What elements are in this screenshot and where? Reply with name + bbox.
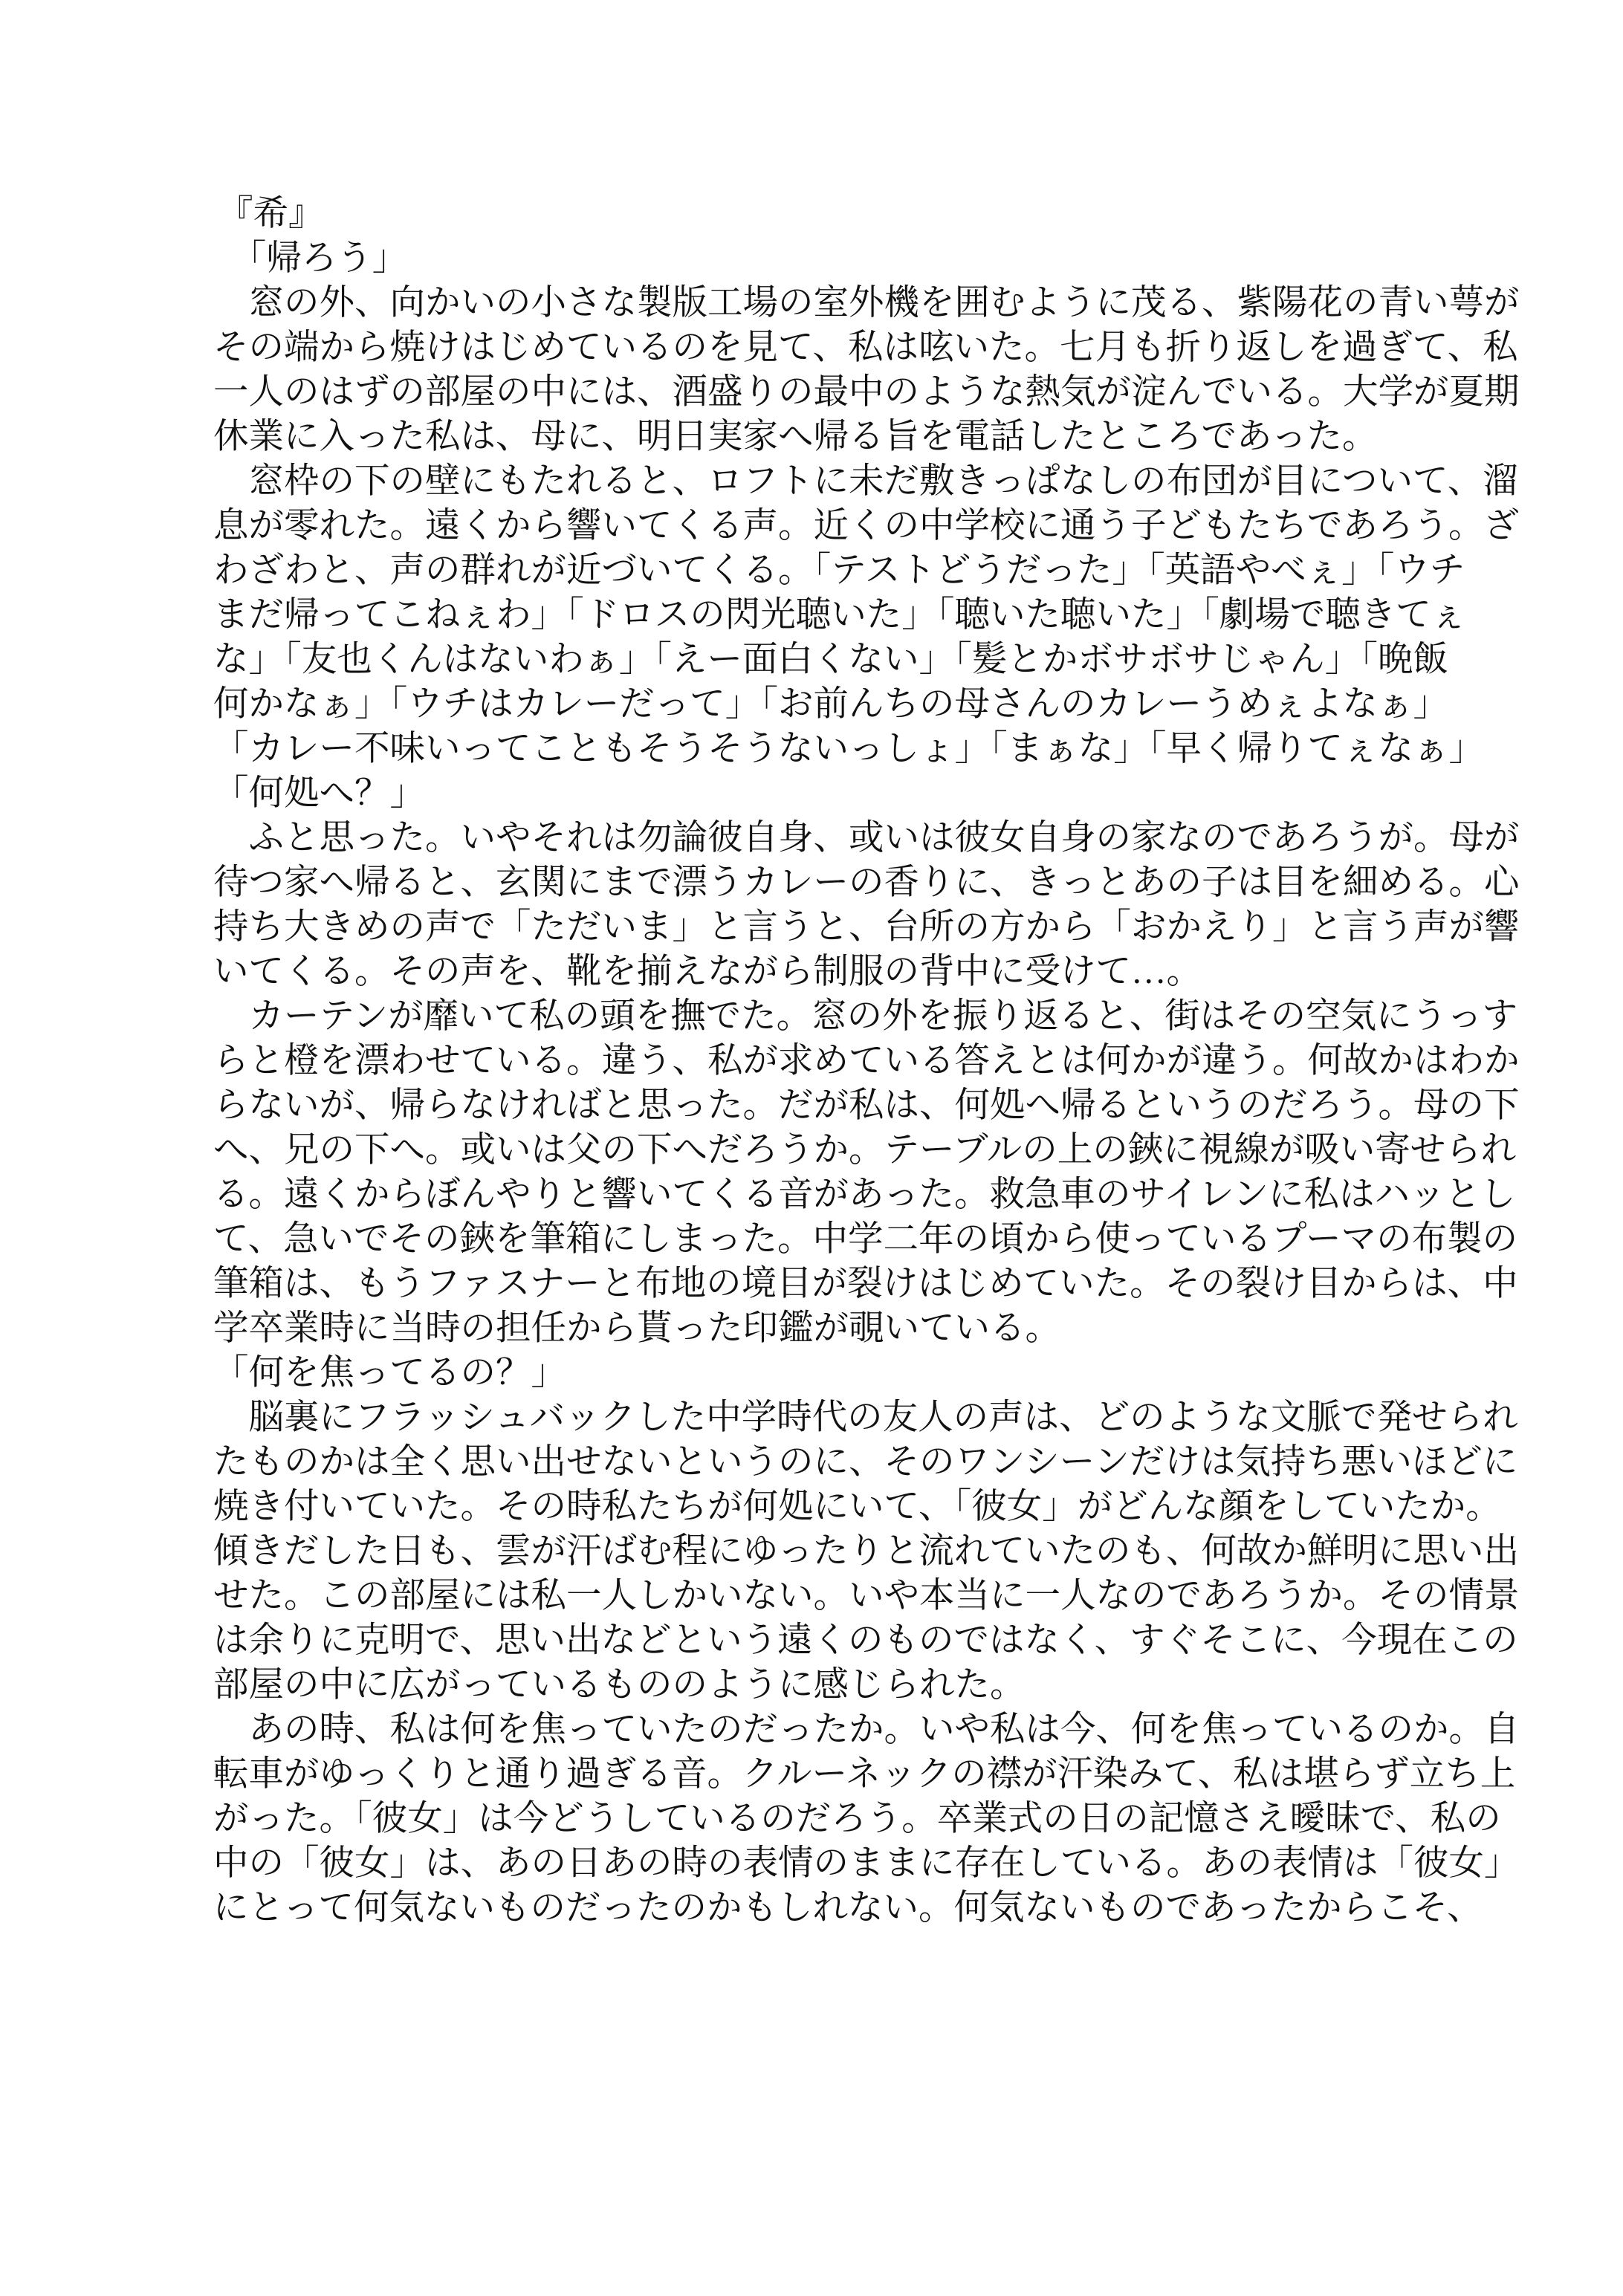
text-line: せた。この部屋には私一人しかいない。いや本当に一人なのであろうか。その情景 bbox=[213, 1574, 1402, 1618]
text-line: て、急いでその鋏を筆箱にしまった。中学二年の頃から使っているプーマの布製の bbox=[213, 1217, 1402, 1262]
text-line: 「カレー不味いってこともそうそうないっしょ」「まぁな」「早く帰りてぇなぁ」 bbox=[213, 727, 1402, 771]
text-line: カーテンが靡いて私の頭を撫でた。窓の外を振り返ると、街はその空気にうっす bbox=[213, 994, 1402, 1039]
text-line: へ、兄の下へ。或いは父の下へだろうか。テーブルの上の鋏に視線が吸い寄せられ bbox=[213, 1128, 1402, 1173]
text-line: まだ帰ってこねぇわ」「ドロスの閃光聴いた」「聴いた聴いた」「劇場で聴きてぇ bbox=[213, 593, 1402, 638]
text-line: ふと思った。いやそれは勿論彼自身、或いは彼女自身の家なのであろうが。母が bbox=[213, 816, 1402, 860]
text-line: 傾きだした日も、雲が汗ばむ程にゆったりと流れていたのも、何故か鮮明に思い出 bbox=[213, 1529, 1402, 1574]
text-line: 「何処へ？」 bbox=[213, 771, 1402, 816]
text-line: あの時、私は何を焦っていたのだったか。いや私は今、何を焦っているのか。自 bbox=[213, 1708, 1402, 1752]
text-line: 転車がゆっくりと通り過ぎる音。クルーネックの襟が汗染みて、私は堪らず立ち上 bbox=[213, 1752, 1402, 1797]
text-line: がった。「彼女」は今どうしているのだろう。卒業式の日の記憶さえ曖昧で、私の bbox=[213, 1797, 1402, 1841]
text-line: らないが、帰らなければと思った。だが私は、何処へ帰るというのだろう。母の下 bbox=[213, 1083, 1402, 1128]
text-line: わざわと、声の群れが近づいてくる。「テストどうだった」「英語やべぇ」「ウチ bbox=[213, 548, 1402, 593]
text-line: 「帰ろう」 bbox=[213, 236, 1402, 281]
text-line: 中の「彼女」は、あの日あの時の表情のままに存在している。あの表情は「彼女」 bbox=[213, 1841, 1402, 1886]
text-line: にとって何気ないものだったのかもしれない。何気ないものであったからこそ、 bbox=[213, 1886, 1402, 1930]
text-line: 何かなぁ」「ウチはカレーだって」「お前んちの母さんのカレーうめぇよなぁ」 bbox=[213, 682, 1402, 727]
document-title: 『希』 bbox=[218, 192, 1402, 236]
text-line: 部屋の中に広がっているもののように感じられた。 bbox=[213, 1663, 1402, 1708]
text-line: 焼き付いていた。その時私たちが何処にいて、「彼女」がどんな顔をしていたか。 bbox=[213, 1485, 1402, 1529]
text-line: 息が零れた。遠くから響いてくる声。近くの中学校に通う子どもたちであろう。ざ bbox=[213, 504, 1402, 548]
text-line: 筆箱は、もうファスナーと布地の境目が裂けはじめていた。その裂け目からは、中 bbox=[213, 1262, 1402, 1306]
text-line: 窓枠の下の壁にもたれると、ロフトに未だ敷きっぱなしの布団が目について、溜 bbox=[213, 459, 1402, 504]
text-line: 待つ家へ帰ると、玄関にまで漂うカレーの香りに、きっとあの子は目を細める。心 bbox=[213, 860, 1402, 905]
text-line: 休業に入った私は、母に、明日実家へ帰る旨を電話したところであった。 bbox=[213, 415, 1402, 459]
text-line: る。遠くからぼんやりと響いてくる音があった。救急車のサイレンに私はハッとし bbox=[213, 1173, 1402, 1217]
text-line: な」「友也くんはないわぁ」「えー面白くない」「髪とかボサボサじゃん」「晩飯 bbox=[213, 638, 1402, 682]
text-line: 学卒業時に当時の担任から貰った印鑑が覗いている。 bbox=[213, 1306, 1402, 1351]
text-line: らと橙を漂わせている。違う、私が求めている答えとは何かが違う。何故かはわか bbox=[213, 1039, 1402, 1083]
text-line: 脳裏にフラッシュバックした中学時代の友人の声は、どのような文脈で発せられ bbox=[213, 1395, 1402, 1440]
text-line: その端から焼けはじめているのを見て、私は呟いた。七月も折り返しを過ぎて、私 bbox=[213, 325, 1402, 370]
text-line: 窓の外、向かいの小さな製版工場の室外機を囲むように茂る、紫陽花の青い萼が bbox=[213, 281, 1402, 325]
text-line: いてくる。その声を、靴を揃えながら制服の背中に受けて…。 bbox=[213, 950, 1402, 994]
text-line: は余りに克明で、思い出などという遠くのものではなく、すぐそこに、今現在この bbox=[213, 1618, 1402, 1663]
document-page: 『希』 「帰ろう」 窓の外、向かいの小さな製版工場の室外機を囲むように茂る、紫陽… bbox=[213, 192, 1402, 1930]
text-line: 「何を焦ってるの？」 bbox=[213, 1351, 1402, 1395]
text-line: 持ち大きめの声で「ただいま」と言うと、台所の方から「おかえり」と言う声が響 bbox=[213, 905, 1402, 950]
text-line: たものかは全く思い出せないというのに、そのワンシーンだけは気持ち悪いほどに bbox=[213, 1440, 1402, 1485]
text-line: 一人のはずの部屋の中には、酒盛りの最中のような熱気が淀んでいる。大学が夏期 bbox=[213, 370, 1402, 415]
